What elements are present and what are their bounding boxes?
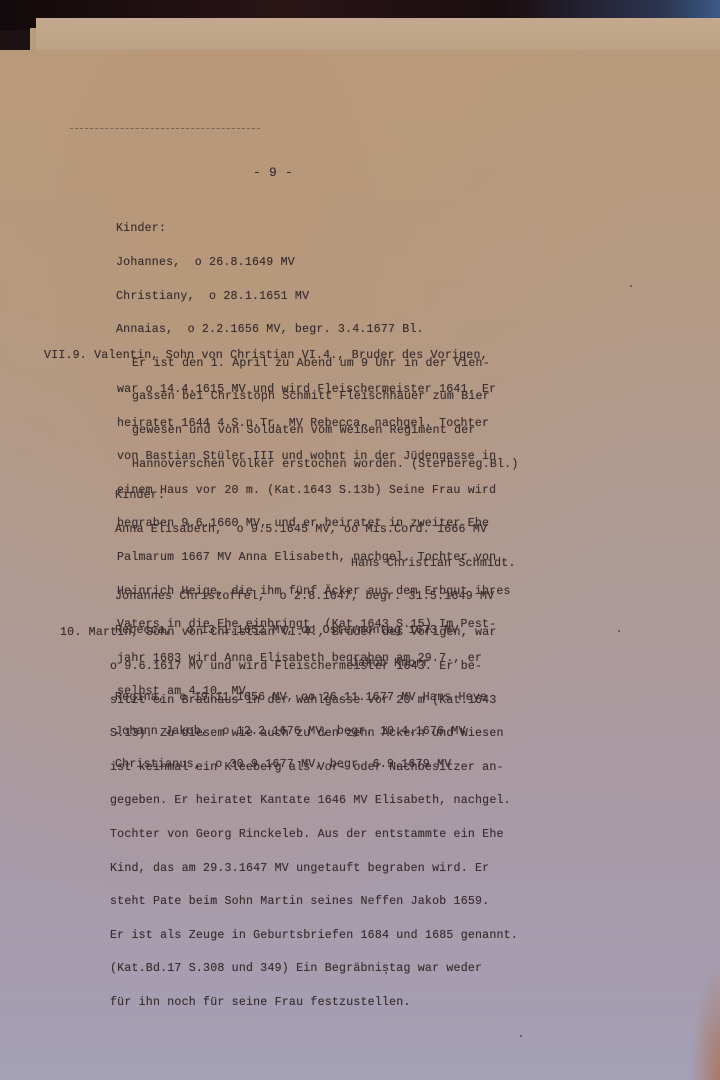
entry-number: VII.9.	[44, 349, 87, 362]
faint-dashed-mark	[70, 128, 260, 129]
page-number: - 9 -	[253, 167, 293, 178]
entry-text: Valentin, Sohn von Christian VI.4., Brud…	[94, 349, 488, 362]
paper-speck	[520, 1035, 522, 1037]
paper-speck	[618, 630, 620, 632]
children-heading: Kinder:	[116, 223, 519, 234]
child-entry: Christiany, o 28.1.1651 MV	[116, 291, 519, 302]
entry-line: Tochter von Georg Rinckeleb. Aus der ent…	[60, 829, 518, 840]
entry-line: o 9.6.1617 MV und wird Fleischermeister …	[60, 661, 518, 672]
entry-line: für ihn noch für seine Frau festzustelle…	[60, 997, 518, 1008]
entry-line: ist keinmal ein Kleeberg als Vor- oder N…	[60, 762, 518, 773]
entry-text: Martin, Sohn von Christian VI.4., Bruder…	[89, 626, 497, 639]
entry-line: (Kat.Bd.17 S.308 und 349) Ein Begräbnist…	[60, 963, 518, 974]
entry-line: steht Pate beim Sohn Martin seines Neffe…	[60, 896, 518, 907]
paper-speck	[385, 972, 387, 974]
child-spouse: Hans Christian Schmidt.	[115, 558, 516, 569]
entry-line: sitzt ein Brauhaus in der Wahlgasse vor …	[60, 695, 518, 706]
child-entry: Johannes Christoffel, o 2.8.1647, begr. …	[115, 591, 516, 602]
typewritten-page: - 9 - Kinder: Johannes, o 26.8.1649 MV C…	[0, 50, 720, 1080]
entry-number: 10.	[60, 626, 81, 639]
entry-line: gegeben. Er heiratet Kantate 1646 MV Eli…	[60, 795, 518, 806]
entry-martin: 10. Martin, Sohn von Christian VI.4., Br…	[60, 605, 518, 1031]
child-entry: Johannes, o 26.8.1649 MV	[116, 257, 519, 268]
entry-first-line: 10. Martin, Sohn von Christian VI.4., Br…	[60, 627, 518, 638]
entry-line: Kind, das am 29.3.1647 MV ungetauft begr…	[60, 863, 518, 874]
entry-line: von Bastian Stüler III und wohnt in der …	[44, 451, 511, 462]
entry-line: war o 14.4.1615 MV und wird Fleischermei…	[44, 384, 511, 395]
paper-speck	[630, 285, 632, 287]
entry-line: heiratet 1644 4.S.n.Tr. MV Rebecca, nach…	[44, 418, 511, 429]
child-entry: Anna Elisabeth, o 9.5.1645 MV, oo Mis.Co…	[115, 524, 516, 535]
entry-line: S.13). Zu diesem wie auch zu den zehn Äc…	[60, 728, 518, 739]
entry-first-line: VII.9. Valentin, Sohn von Christian VI.4…	[44, 350, 511, 361]
children-heading: Kinder:	[115, 490, 516, 501]
entry-line: Er ist als Zeuge in Geburtsbriefen 1684 …	[60, 930, 518, 941]
